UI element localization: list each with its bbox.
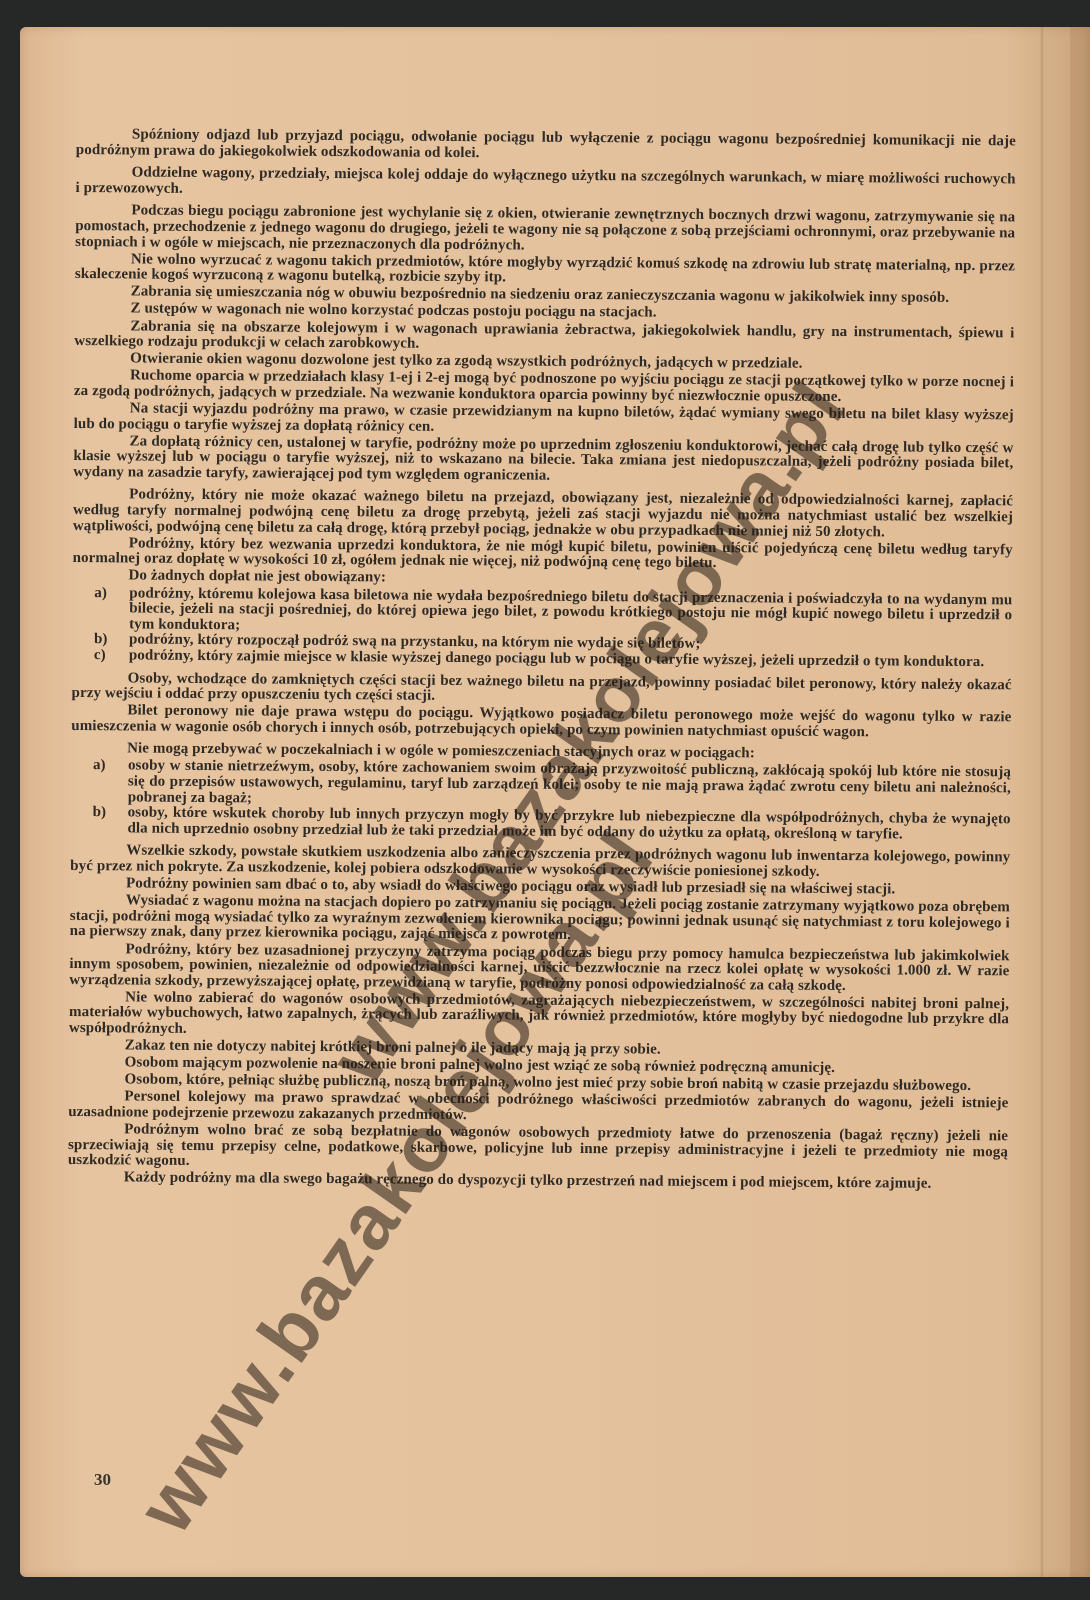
page-edge [1070, 27, 1090, 1577]
paragraph: Podczas biegu pociągu zabronione jest wy… [75, 203, 1015, 257]
page-number: 30 [94, 1470, 111, 1490]
paragraph: Za dopłatą różnicy cen, ustalonej w tary… [73, 434, 1013, 488]
paragraph: Spóźniony odjazd lub przyjazd pociągu, o… [76, 127, 1016, 166]
document-page: Spóźniony odjazd lub przyjazd pociągu, o… [20, 27, 1090, 1577]
paragraph: Bilet peronowy nie daje prawa wstępu do … [71, 703, 1011, 742]
page-fold-shadow [1040, 27, 1044, 1577]
list-marker: b) [94, 632, 129, 648]
paragraph: Podróżny, który bez uzasadnionej przyczy… [69, 941, 1009, 995]
list-item-text: osoby, które wskutek choroby lub innych … [127, 805, 1010, 843]
list-marker: b) [93, 805, 128, 821]
paragraph: Wysiadać z wagonu można na stacjach dopi… [70, 893, 1010, 947]
list-item: b)osoby, które wskutek choroby lub innyc… [92, 805, 1010, 843]
list-item-text: podróżny, któremu kolejowa kasa biletowa… [129, 585, 1012, 633]
body-text: Spóźniony odjazd lub przyjazd pociągu, o… [68, 127, 1016, 1195]
list-marker: c) [94, 648, 129, 664]
paragraph: Podróżnym wolno brać ze sobą bezpłatnie … [68, 1122, 1008, 1176]
list-item-text: osoby w stanie nietrzeźwym, osoby, które… [128, 758, 1011, 806]
paragraph: Oddzielne wagony, przedziały, miejsca ko… [75, 165, 1015, 204]
list-marker: a) [94, 586, 129, 602]
list-marker: a) [93, 759, 128, 775]
paragraph: Nie wolno zabierać do wagonów osobowych … [69, 990, 1009, 1044]
paragraph: Podróżny, który nie może okazać ważnego … [73, 487, 1013, 541]
